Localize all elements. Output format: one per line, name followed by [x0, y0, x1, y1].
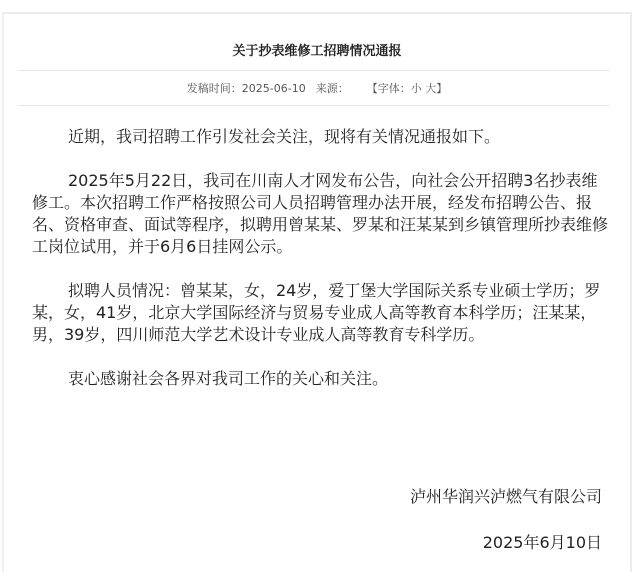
font-size-prefix: 【字体：: [367, 82, 411, 95]
paragraph-intro: 近期，我司招聘工作引发社会关注，现将有关情况通报如下。: [32, 126, 612, 148]
source-label: 来源：: [316, 82, 349, 95]
publish-date: 2025-06-10: [242, 82, 306, 95]
paragraph-thanks: 衷心感谢社会各界对我司工作的关心和关注。: [32, 368, 612, 390]
publish-label: 发稿时间：: [187, 82, 242, 95]
paragraph-recruitment: 2025年5月22日，我司在川南人才网发布公告，向社会公开招聘3名抄表维修工。本…: [32, 170, 612, 258]
signature-company: 泸州华润兴泸燃气有限公司: [410, 484, 602, 507]
signature-date: 2025年6月10日: [483, 530, 602, 553]
paragraph-candidates: 拟聘人员情况：曾某某，女，24岁，爱丁堡大学国际关系专业硕士学历；罗某，女，41…: [32, 280, 612, 346]
meta-divider: [18, 105, 610, 106]
font-large-button[interactable]: 大: [425, 82, 436, 95]
font-size-suffix: 】: [436, 82, 447, 95]
font-small-button[interactable]: 小: [411, 82, 422, 95]
article-body: 近期，我司招聘工作引发社会关注，现将有关情况通报如下。 2025年5月22日，我…: [32, 126, 612, 412]
title-divider: [18, 70, 610, 71]
article-meta: 发稿时间：2025-06-10来源：【字体：小 大】: [4, 80, 630, 96]
article-title: 关于抄表维修工招聘情况通报: [4, 40, 630, 59]
